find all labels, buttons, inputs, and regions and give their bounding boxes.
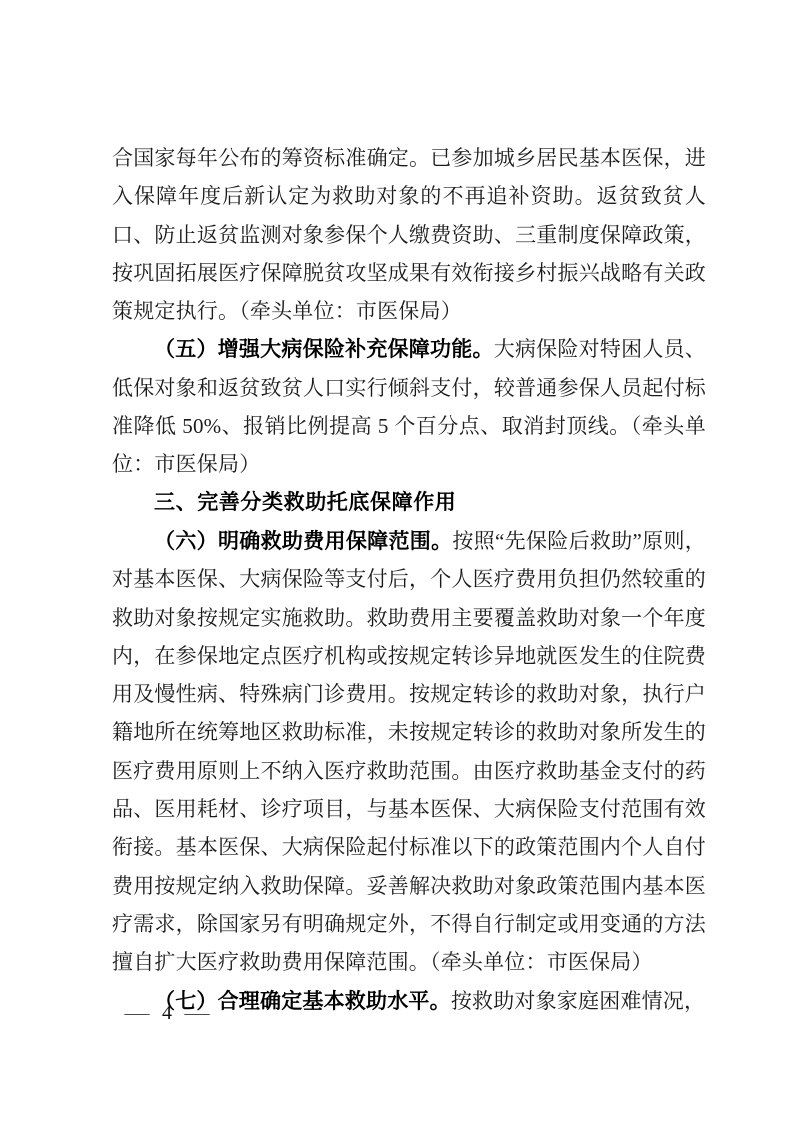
paragraph-text: 合国家每年公布的筹资标准确定。已参加城乡居民基本医保，进入保障年度后新认定为救助… (112, 146, 706, 323)
paragraph-item-5: （五）增强大病保险补充保障功能。大病保险对特困人员、低保对象和返贫致贫人口实行倾… (112, 330, 706, 483)
paragraph-lead: （六）明确救助费用保障范围。 (154, 529, 452, 553)
section-heading: 三、完善分类救助托底保障作用 (112, 484, 706, 522)
page-footer: — 4 — (127, 1002, 207, 1025)
paragraph-text: 按照“先保险后救助”原则，对基本医保、大病保险等支付后，个人医疗费用负担仍然较重… (112, 529, 706, 974)
footer-dash-right: — (185, 1002, 210, 1025)
document-page: 合国家每年公布的筹资标准确定。已参加城乡居民基本医保，进入保障年度后新认定为救助… (0, 0, 793, 1122)
page-number: 4 (162, 1002, 172, 1025)
paragraph-item-6: （六）明确救助费用保障范围。按照“先保险后救助”原则，对基本医保、大病保险等支付… (112, 522, 706, 982)
paragraph-continuation: 合国家每年公布的筹资标准确定。已参加城乡居民基本医保，进入保障年度后新认定为救助… (112, 139, 706, 330)
footer-dash-left: — (125, 1002, 150, 1025)
document-body: 合国家每年公布的筹资标准确定。已参加城乡居民基本医保，进入保障年度后新认定为救助… (112, 139, 706, 1020)
paragraph-text: 按救助对象家庭困难情况， (451, 989, 705, 1013)
paragraph-lead: （五）增强大病保险补充保障功能。 (154, 337, 494, 361)
